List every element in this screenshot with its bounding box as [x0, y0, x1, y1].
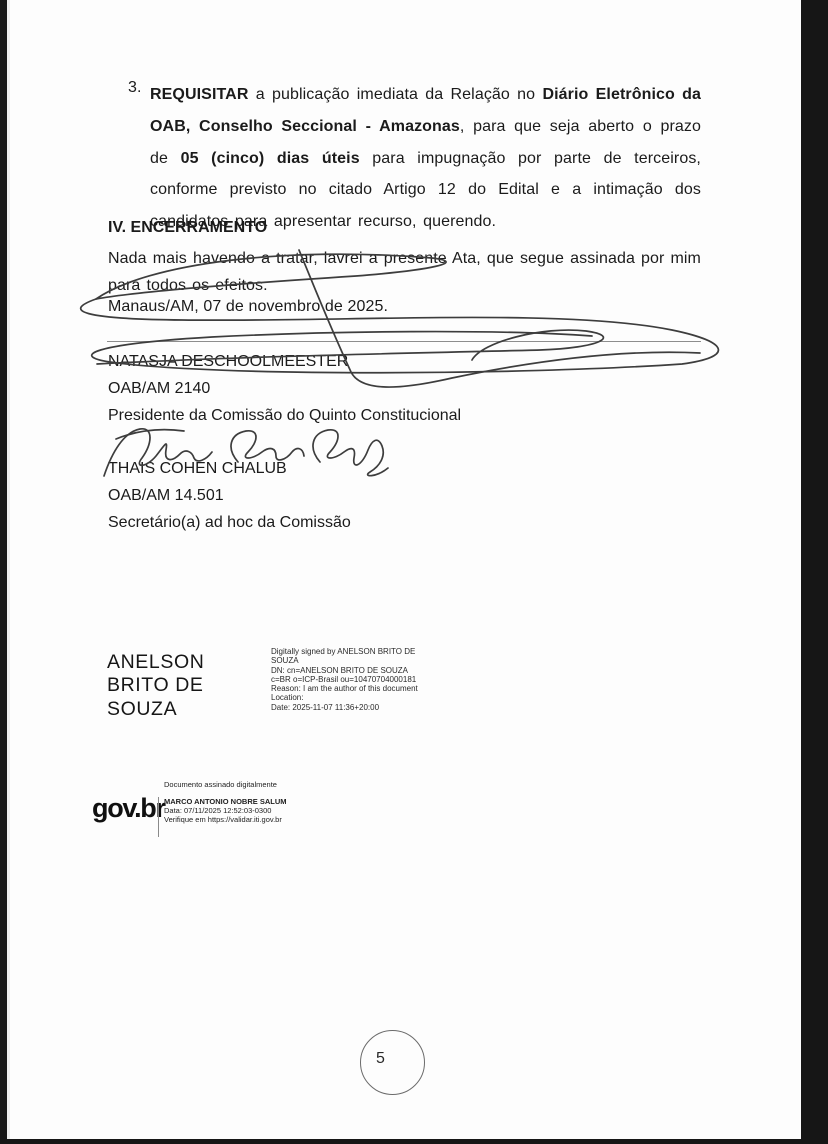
digital-signature-name-line: BRITO DE	[107, 674, 204, 697]
signer1-oab-number: OAB/AM 2140	[108, 380, 210, 398]
thais-signature-stroke2	[231, 431, 304, 462]
digital-signature-name-line: ANELSON	[107, 651, 204, 674]
signer2-name: THAIS COHEN CHALUB	[108, 460, 287, 478]
digital-signature-detail-line: Digitally signed by ANELSON BRITO DE	[271, 647, 449, 656]
list-item-3: REQUISITAR a publicação imediata da Rela…	[150, 79, 701, 238]
thais-signature-stroke3	[313, 430, 388, 476]
digital-signature-name: ANELSON BRITO DE SOUZA	[107, 651, 204, 721]
digital-signature-detail-line: Reason: I am the author of this document	[271, 684, 449, 693]
signature-rule	[107, 341, 701, 342]
signer1-role: Presidente da Comissão do Quinto Constit…	[108, 407, 461, 425]
govbr-stamp-date: Data: 07/11/2025 12:52:03-0300	[164, 806, 287, 815]
govbr-stamp-text: Documento assinado digitalmente MARCO AN…	[164, 780, 287, 824]
closing-paragraph: Nada mais havendo a tratar, lavrei a pre…	[108, 245, 701, 299]
section-title-encerramento: IV. ENCERRAMENTO	[108, 219, 267, 237]
scan-edge-bottom	[0, 1139, 828, 1144]
govbr-stamp-line1: Documento assinado digitalmente	[164, 780, 287, 789]
scan-edge-left-shadow	[7, 0, 10, 1144]
govbr-stamp-gap	[164, 789, 287, 797]
digital-signature-detail-line: c=BR o=ICP-Brasil ou=10470704000181	[271, 675, 449, 684]
signer2-role: Secretário(a) ad hoc da Comissão	[108, 514, 351, 532]
page-number-circle: 5	[360, 1030, 425, 1095]
item3-part-bold-prazo: 05 (cinco) dias úteis	[181, 150, 360, 167]
list-item-3-marker: 3.	[128, 79, 142, 97]
govbr-stamp-signer: MARCO ANTONIO NOBRE SALUM	[164, 797, 287, 806]
govbr-stamp-verify-url: Verifique em https://validar.iti.gov.br	[164, 815, 287, 824]
digital-signature-details: Digitally signed by ANELSON BRITO DE SOU…	[271, 647, 449, 712]
date-line: Manaus/AM, 07 de novembro de 2025.	[108, 298, 388, 316]
digital-signature-detail-line: Date: 2025-11-07 11:36+20:00	[271, 703, 449, 712]
scanned-document-page: 3. REQUISITAR a publicação imediata da R…	[0, 0, 828, 1144]
digital-signature-detail-line: SOUZA	[271, 656, 449, 665]
page-number: 5	[376, 1050, 385, 1068]
scan-edge-left	[0, 0, 7, 1144]
signer1-name: NATASJA DESCHOOLMEESTER	[108, 353, 348, 371]
item3-part-bold-requisitar: REQUISITAR	[150, 86, 248, 103]
digital-signature-name-line: SOUZA	[107, 698, 204, 721]
digital-signature-detail-line: Location:	[271, 693, 449, 702]
govbr-stamp-divider	[158, 797, 159, 837]
govbr-logo: gov.br	[92, 793, 165, 824]
signer2-oab-number: OAB/AM 14.501	[108, 487, 224, 505]
scan-edge-right	[801, 0, 828, 1144]
digital-signature-detail-line: DN: cn=ANELSON BRITO DE SOUZA	[271, 666, 449, 675]
item3-part-text: a publicação imediata da Relação no	[248, 86, 542, 103]
thais-signature-crossbar	[116, 430, 184, 439]
